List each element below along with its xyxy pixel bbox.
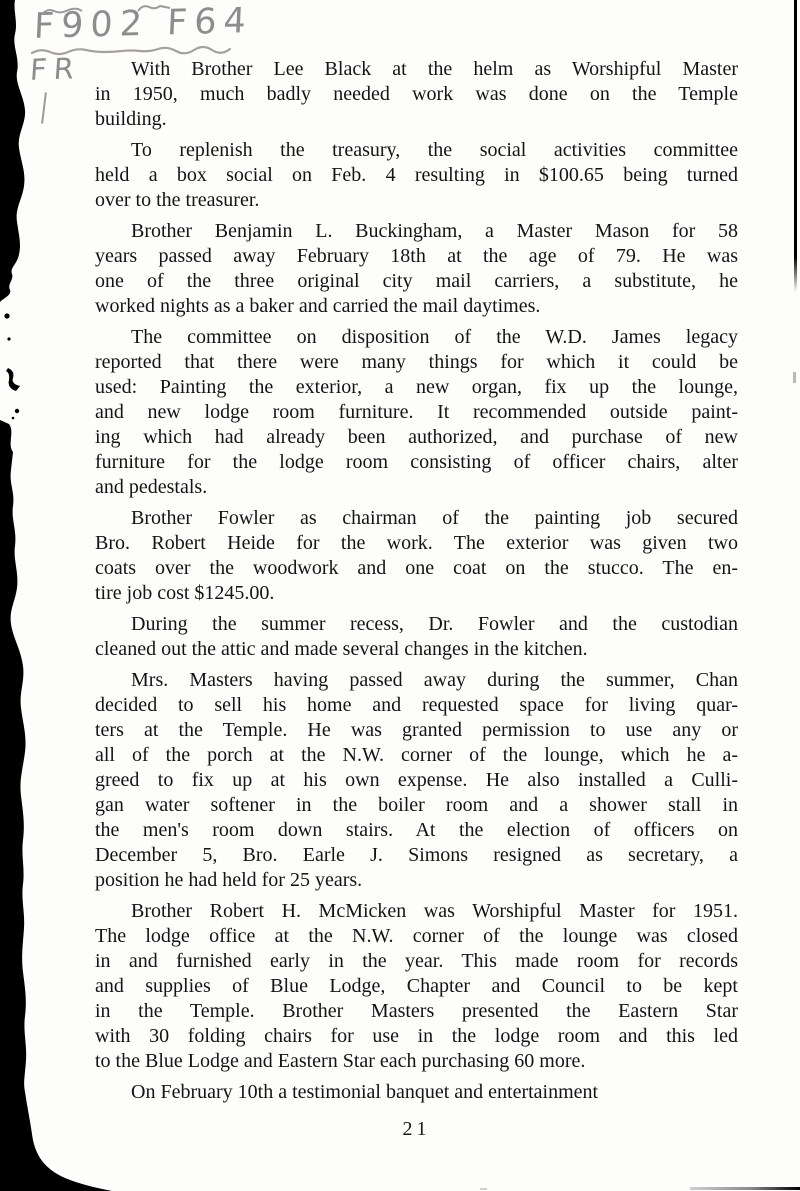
paragraph: Brother Benjamin L. Buckingham, a Master…	[95, 219, 738, 319]
text-line: The lodge office at the N.W. corner of t…	[95, 924, 738, 949]
text-line: position he had held for 25 years.	[95, 868, 738, 893]
text-line: held a box social on Feb. 4 resulting in…	[95, 163, 738, 188]
page-number: 21	[95, 1118, 738, 1141]
text-line: in the Temple. Brother Masters presented…	[95, 999, 738, 1024]
text-line: coats over the woodwork and one coat on …	[95, 556, 738, 581]
paragraph: Brother Robert H. McMicken was Worshipfu…	[95, 899, 738, 1074]
text-line: On February 10th a testimonial banquet a…	[95, 1080, 738, 1105]
handwritten-scribble	[40, 6, 84, 18]
paragraph: With Brother Lee Black at the helm as Wo…	[95, 57, 738, 132]
text-line: years passed away February 18th at the a…	[95, 244, 738, 269]
text-line: all of the porch at the N.W. corner of t…	[95, 743, 738, 768]
paragraph: The committee on disposition of the W.D.…	[95, 325, 738, 500]
text-line: greed to fix up at his own expense. He a…	[95, 768, 738, 793]
text-line: and pedestals.	[95, 475, 738, 500]
paragraph: Mrs. Masters having passed away during t…	[95, 668, 738, 893]
scan-artifact-bottom-line	[690, 1187, 800, 1190]
paragraph: During the summer recess, Dr. Fowler and…	[95, 612, 738, 662]
paragraph: Brother Fowler as chairman of the painti…	[95, 506, 738, 606]
text-line: and new lodge room furniture. It recomme…	[95, 400, 738, 425]
text-line: and supplies of Blue Lodge, Chapter and …	[95, 974, 738, 999]
text-line: worked nights as a baker and carried the…	[95, 294, 738, 319]
text-line: decided to sell his home and requested s…	[95, 693, 738, 718]
text-line: cleaned out the attic and made several c…	[95, 637, 738, 662]
text-line: building.	[95, 107, 738, 132]
text-line: Mrs. Masters having passed away during t…	[95, 668, 738, 693]
text-line: December 5, Bro. Earle J. Simons resigne…	[95, 843, 738, 868]
text-line: one of the three original city mail carr…	[95, 269, 738, 294]
scan-artifact-right-tick	[793, 372, 796, 383]
text-line: Brother Robert H. McMicken was Worshipfu…	[95, 899, 738, 924]
handwritten-initials: FR	[29, 51, 82, 87]
text-line: To replenish the treasury, the social ac…	[95, 138, 738, 163]
text-line: The committee on disposition of the W.D.…	[95, 325, 738, 350]
text-line: Brother Fowler as chairman of the painti…	[95, 506, 738, 531]
text-line: over to the treasurer.	[95, 188, 738, 213]
text-line: During the summer recess, Dr. Fowler and…	[95, 612, 738, 637]
text-line: with 30 folding chairs for use in the lo…	[95, 1024, 738, 1049]
text-line: reported that there were many things for…	[95, 350, 738, 375]
text-line: to the Blue Lodge and Eastern Star each …	[95, 1049, 738, 1074]
text-line: the men's room down stairs. At the elect…	[95, 818, 738, 843]
text-line: furniture for the lodge room consisting …	[95, 450, 738, 475]
text-line: Bro. Robert Heide for the work. The exte…	[95, 531, 738, 556]
handwritten-scribble	[136, 2, 172, 14]
text-line: ters at the Temple. He was granted permi…	[95, 718, 738, 743]
text-line: used: Painting the exterior, a new organ…	[95, 375, 738, 400]
text-line: tire job cost $1245.00.	[95, 581, 738, 606]
document-body: With Brother Lee Black at the helm as Wo…	[95, 57, 738, 1111]
text-line: in 1950, much badly needed work was done…	[95, 82, 738, 107]
scan-artifact-right-line	[794, 0, 797, 292]
paragraph: On February 10th a testimonial banquet a…	[95, 1080, 738, 1105]
text-line: With Brother Lee Black at the helm as Wo…	[95, 57, 738, 82]
paragraph: To replenish the treasury, the social ac…	[95, 138, 738, 213]
text-line: ing which had already been authorized, a…	[95, 425, 738, 450]
text-line: in and furnished early in the year. This…	[95, 949, 738, 974]
scan-artifact-bottom-speck	[480, 1188, 487, 1190]
text-line: Brother Benjamin L. Buckingham, a Master…	[95, 219, 738, 244]
text-line: gan water softener in the boiler room an…	[95, 793, 738, 818]
